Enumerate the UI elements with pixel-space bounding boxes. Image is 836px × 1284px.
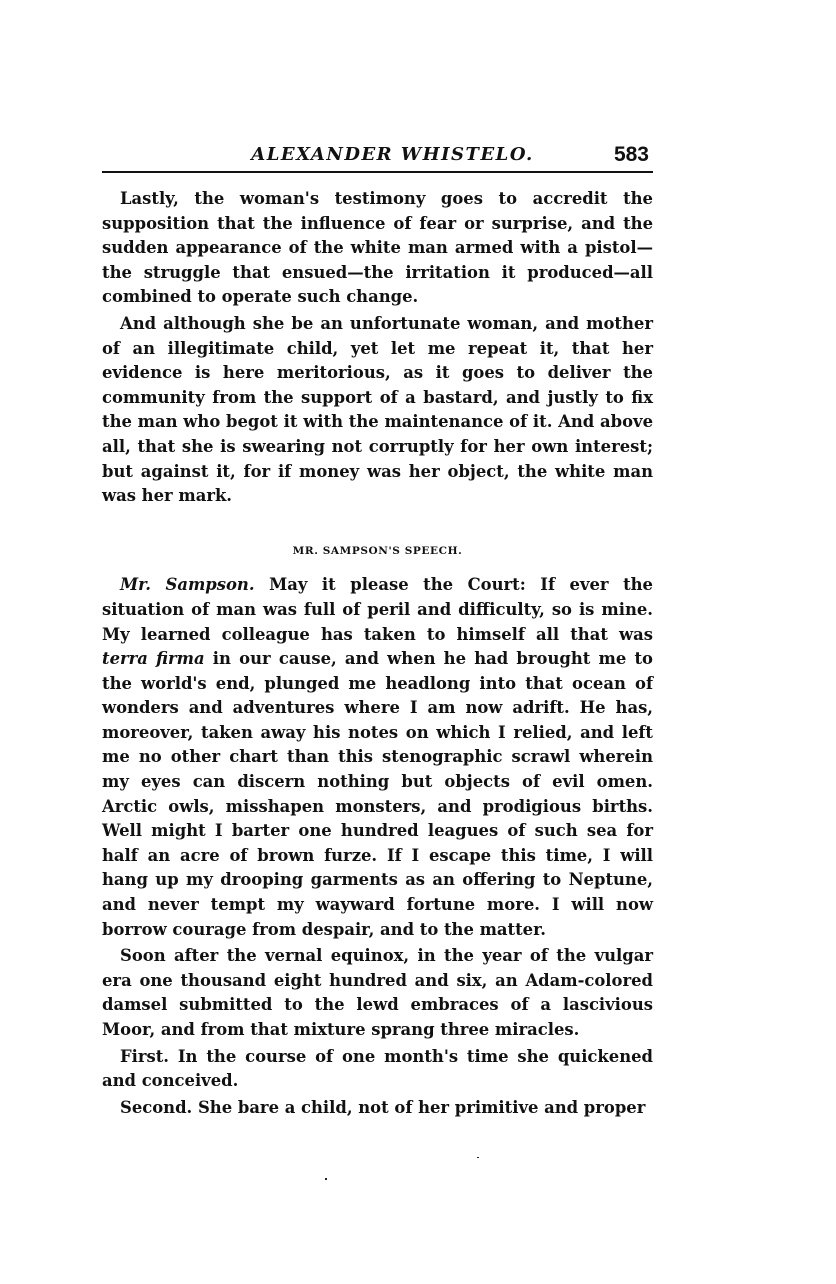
paragraph-first: First. In the course of one month's time… — [102, 1045, 653, 1094]
running-header: ALEXANDER WHISTELO. 583 — [102, 140, 653, 170]
book-page: ALEXANDER WHISTELO. 583 Lastly, the woma… — [102, 140, 653, 1122]
speech-text-after: in our cause, and when he had brought me… — [102, 649, 653, 939]
running-title: ALEXANDER WHISTELO. — [102, 144, 653, 165]
speech-emphasis: terra firma — [102, 649, 205, 668]
body-text: Lastly, the woman's testimony goes to ac… — [102, 187, 653, 1120]
section-heading: MR. SAMPSON'S SPEECH. — [102, 539, 653, 564]
paragraph-second: Second. She bare a child, not of her pri… — [102, 1096, 653, 1121]
paragraph-vernal-equinox: Soon after the vernal equinox, in the ye… — [102, 944, 653, 1042]
scan-speck — [325, 1178, 327, 1180]
page-number: 583 — [614, 143, 649, 167]
paragraph-lastly: Lastly, the woman's testimony goes to ac… — [102, 187, 653, 310]
header-rule — [102, 171, 653, 173]
paragraph-although: And although she be an unfortunate woman… — [102, 312, 653, 509]
speaker-name: Mr. Sampson. — [120, 575, 255, 594]
paragraph-speech-opening: Mr. Sampson. May it please the Court: If… — [102, 573, 653, 942]
scan-speck — [477, 1157, 479, 1158]
